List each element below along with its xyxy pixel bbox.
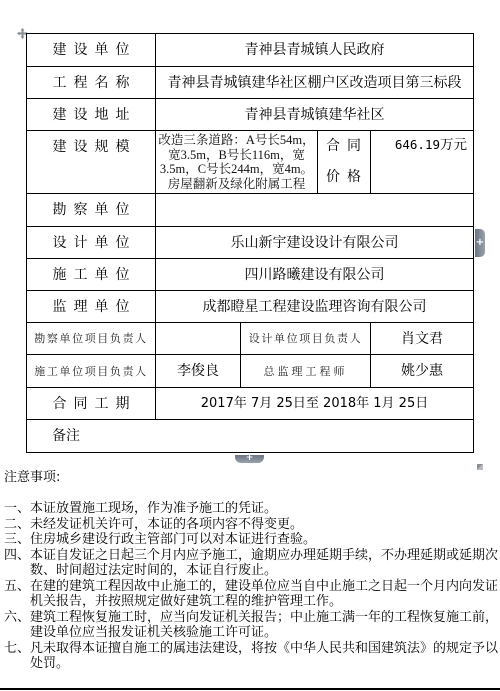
builder-label: 建设单位 <box>27 34 156 67</box>
construction-unit-label: 施工单位 <box>27 259 156 291</box>
scale-line-4: 房屋翻新及绿化附属工程 <box>158 177 315 192</box>
survey-manager-value[interactable] <box>156 323 241 355</box>
note-item-3: 三、住房城乡建设行政主管部门可以对本证进行查验。 <box>4 532 500 548</box>
construction-manager-label: 施工单位项目负责人 <box>27 355 156 388</box>
project-name-label: 工程名称 <box>27 67 156 99</box>
note-item-1: 一、本证放置施工现场，作为准予施工的凭证。 <box>4 501 500 517</box>
table-row-remarks: 备注 <box>27 420 474 453</box>
survey-manager-label: 勘察单位项目负责人 <box>27 323 156 355</box>
note-item-2: 二、未经发证机关许可，本证的各项内容不得变更。 <box>4 517 500 533</box>
table-resize-handle-icon[interactable] <box>477 455 483 461</box>
remarks-label: 备注 <box>52 428 80 444</box>
design-manager-label: 设计单位项目负责人 <box>241 323 371 355</box>
scale-value[interactable]: 改造三条道路：A号长54m， 宽3.5m，B号长116m，宽 3.5m，C号长2… <box>156 131 318 194</box>
table-row-survey-unit: 勘察单位 <box>27 194 474 227</box>
notes-section: 注意事项: 一、本证放置施工现场，作为准予施工的凭证。 二、未经发证机关许可，本… <box>4 470 500 672</box>
table-row-managers-1: 勘察单位项目负责人 设计单位项目负责人 肖文君 <box>27 323 474 355</box>
chief-supervisor-value[interactable]: 姚少惠 <box>371 355 474 388</box>
builder-value[interactable]: 青神县青城镇人民政府 <box>156 34 474 67</box>
contract-period-label: 合同工期 <box>27 388 156 420</box>
address-value[interactable]: 青神县青城镇建华社区 <box>156 99 474 131</box>
contract-price-label-line-2: 价格 <box>318 162 370 193</box>
table-row-managers-2: 施工单位项目负责人 李俊良 总监理工程师 姚少惠 <box>27 355 474 388</box>
contract-price-label-line-1: 合同 <box>318 131 370 162</box>
scale-line-1: 改造三条道路：A号长54m， <box>158 133 315 148</box>
contract-price-value[interactable]: 646.19万元 <box>371 131 474 194</box>
survey-unit-label: 勘察单位 <box>27 194 156 227</box>
note-item-4: 四、本证自发证之日起三个月内应予施工，逾期应办理延期手续，不办理延期或延期次数、… <box>4 548 500 579</box>
scale-line-3: 3.5m，C号长244m，宽4m。 <box>158 162 315 177</box>
scale-line-2: 宽3.5m，B号长116m，宽 <box>158 148 315 163</box>
add-row-button[interactable]: + <box>235 455 264 463</box>
page-divider <box>0 688 500 690</box>
contract-period-value[interactable]: 2017年 7月 25日至 2018年 1月 25日 <box>156 388 474 420</box>
survey-unit-value[interactable] <box>156 194 474 227</box>
construction-manager-value[interactable]: 李俊良 <box>156 355 241 388</box>
table-row-construction-unit: 施工单位 四川路曦建设有限公司 <box>27 259 474 291</box>
contract-price-number: 646.19 <box>395 137 440 152</box>
add-column-button[interactable]: + <box>475 229 485 257</box>
chief-supervisor-label: 总监理工程师 <box>241 355 371 388</box>
table-row-scale: 建设规模 改造三条道路：A号长54m， 宽3.5m，B号长116m，宽 3.5m… <box>27 131 474 194</box>
project-name-value[interactable]: 青神县青城镇建华社区棚户区改造项目第三标段 <box>156 67 474 99</box>
design-unit-label: 设计单位 <box>27 227 156 259</box>
supervision-unit-label: 监理单位 <box>27 291 156 323</box>
scale-label: 建设规模 <box>27 131 156 194</box>
table-row-address: 建设地址 青神县青城镇建华社区 <box>27 99 474 131</box>
note-item-7: 七、凡未取得本证擅自施工的属违法建设，将按《中华人民共和国建筑法》的规定予以处罚… <box>4 641 500 672</box>
construction-permit-table: 建设单位 青神县青城镇人民政府 工程名称 青神县青城镇建华社区棚户区改造项目第三… <box>26 33 474 453</box>
contract-price-label: 合同 价格 <box>318 131 371 194</box>
remarks-cell[interactable]: 备注 <box>27 420 474 453</box>
supervision-unit-value[interactable]: 成都瞪星工程建设监理咨询有限公司 <box>156 291 474 323</box>
notes-title: 注意事项: <box>4 470 500 486</box>
construction-unit-value[interactable]: 四川路曦建设有限公司 <box>156 259 474 291</box>
design-unit-value[interactable]: 乐山新宇建设设计有限公司 <box>156 227 474 259</box>
table-row-project-name: 工程名称 青神县青城镇建华社区棚户区改造项目第三标段 <box>27 67 474 99</box>
table-row-design-unit: 设计单位 乐山新宇建设设计有限公司 <box>27 227 474 259</box>
contract-price-unit: 万元 <box>440 137 467 153</box>
address-label: 建设地址 <box>27 99 156 131</box>
note-item-5: 五、在建的建筑工程因故中止施工的，建设单位应当自中止施工之日起一个月内向发证机关… <box>4 579 500 610</box>
note-item-6: 六、建筑工程恢复施工时，应当向发证机关报告；中止施工满一年的工程恢复施工前，建设… <box>4 610 500 641</box>
design-manager-value[interactable]: 肖文君 <box>371 323 474 355</box>
table-row-supervision-unit: 监理单位 成都瞪星工程建设监理咨询有限公司 <box>27 291 474 323</box>
table-row-contract-period: 合同工期 2017年 7月 25日至 2018年 1月 25日 <box>27 388 474 420</box>
table-row-builder: 建设单位 青神县青城镇人民政府 <box>27 34 474 67</box>
